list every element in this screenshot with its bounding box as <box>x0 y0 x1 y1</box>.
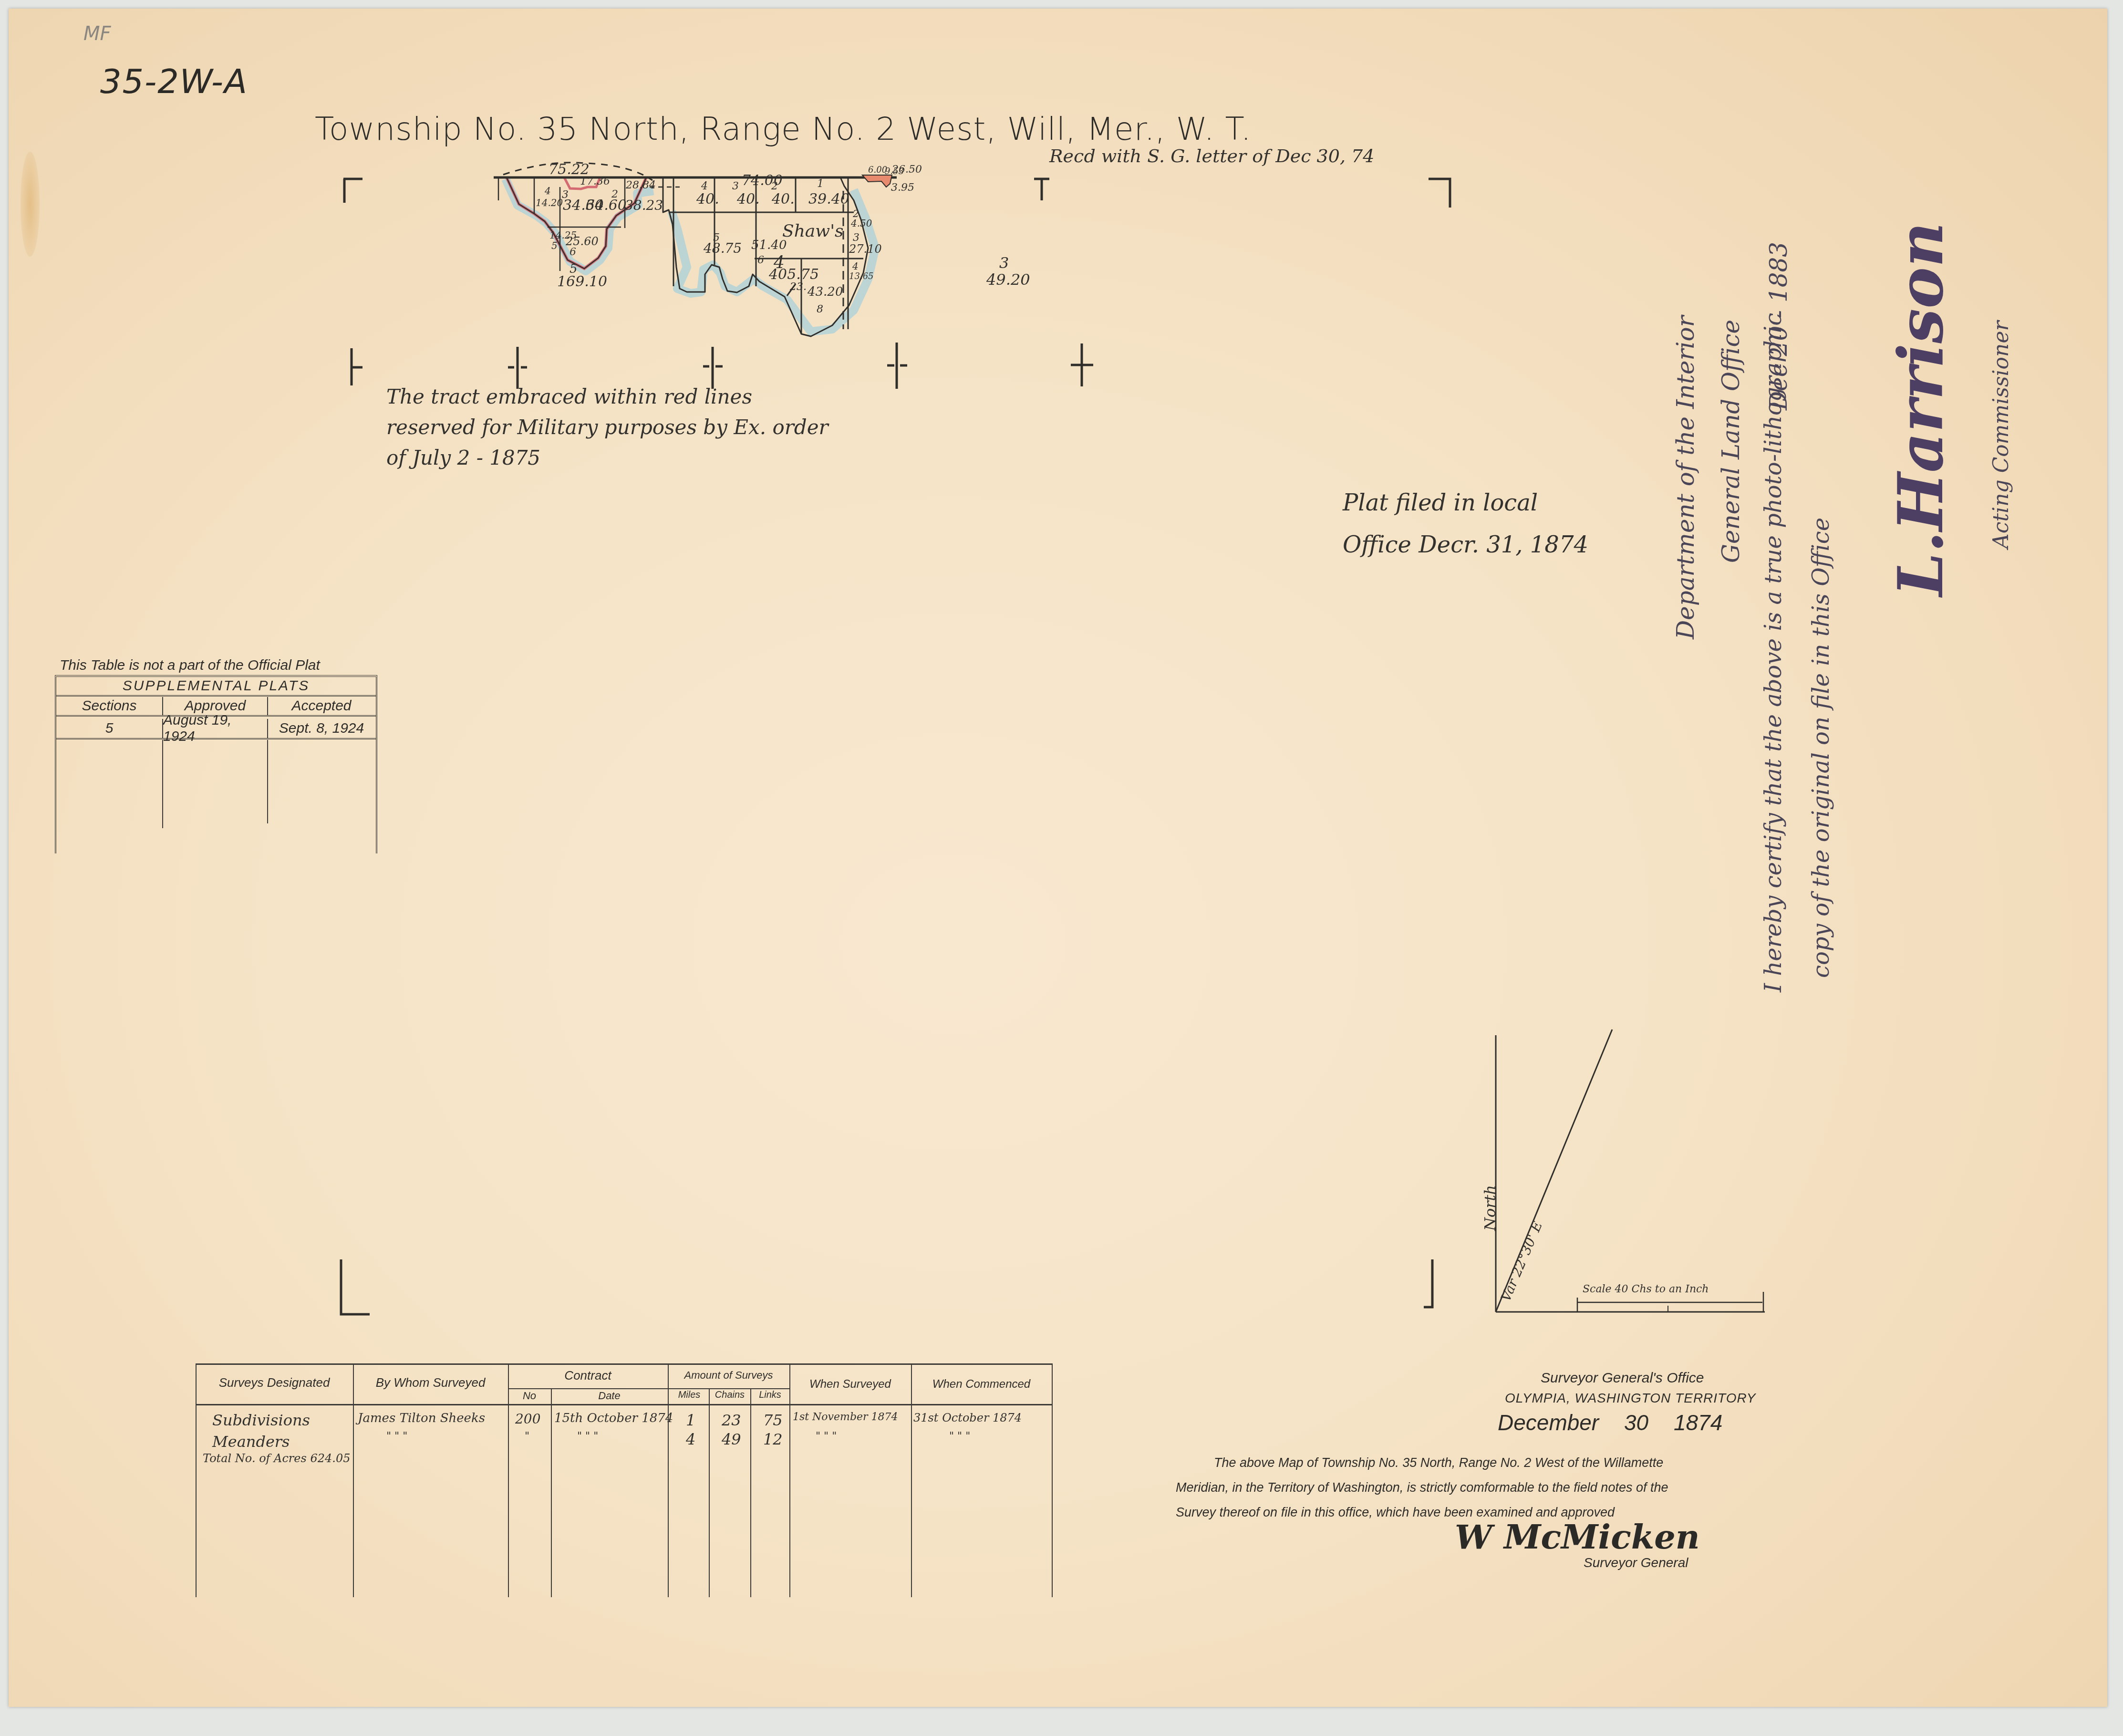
column-divider <box>911 1363 912 1597</box>
surveyor-general-signature: W McMicken <box>1455 1517 1700 1557</box>
pencil-mark: MF <box>83 23 111 45</box>
svg-text:27.10: 27.10 <box>849 242 882 256</box>
office-date: December 30 1874 <box>1498 1410 1722 1435</box>
svg-text:169.10: 169.10 <box>557 273 607 290</box>
military-note-line: of July 2 - 1875 <box>386 443 828 473</box>
table-cell: Sept. 8, 1924 <box>268 719 375 738</box>
svg-text:6: 6 <box>570 246 576 258</box>
office-name: Surveyor General's Office <box>1541 1370 1704 1386</box>
township-corner-marks <box>341 179 1450 1314</box>
table-cell: 31st October 1874 <box>913 1411 1022 1424</box>
column-divider <box>353 1363 354 1597</box>
surveyor-general-title: Surveyor General <box>1584 1555 1688 1570</box>
column-divider <box>750 1388 751 1597</box>
military-note-line: The tract embraced within red lines <box>386 382 828 412</box>
svg-text:4: 4 <box>544 185 551 197</box>
north-label: North <box>1481 1185 1499 1231</box>
svg-text:2: 2 <box>611 188 618 200</box>
column-divider <box>551 1388 552 1597</box>
table-cell: " " " <box>816 1430 837 1442</box>
received-note: Recd with S. G. letter of Dec 30, 74 <box>1049 146 1374 166</box>
column-divider <box>267 740 268 823</box>
column-header: Chains <box>711 1390 749 1401</box>
svg-text:26.50: 26.50 <box>891 164 922 176</box>
column-divider <box>789 1363 790 1597</box>
table-cell: Subdivisions <box>212 1411 310 1429</box>
svg-text:49.20: 49.20 <box>986 270 1030 289</box>
table-cell: " " " <box>386 1430 407 1442</box>
commissioner-title: Acting Commissioner <box>1989 321 2013 549</box>
column-divider <box>1052 1363 1053 1597</box>
table-cell: 12 <box>763 1430 783 1448</box>
ne-reserved-patch <box>862 175 892 187</box>
table-cell: 1 <box>686 1411 695 1429</box>
svg-text:Shaw's: Shaw's <box>782 221 844 241</box>
svg-text:8: 8 <box>817 303 823 315</box>
department-line: Department of the Interior <box>1672 316 1699 640</box>
table-cell: 200 <box>515 1411 540 1427</box>
column-divider <box>196 1363 197 1597</box>
table-title-row: SUPPLEMENTAL PLATS <box>56 677 376 696</box>
table-title: SUPPLEMENTAL PLATS <box>56 677 376 695</box>
commissioner-signature: L.Harrison <box>1884 222 1957 596</box>
svg-text:40.: 40. <box>736 191 760 208</box>
column-header: Amount of Surveys <box>670 1369 787 1382</box>
office-location: OLYMPIA, WASHINGTON TERRITORY <box>1505 1391 1756 1406</box>
date-day: 30 <box>1624 1410 1648 1435</box>
table-cell: 15th October 1874 <box>554 1411 673 1425</box>
svg-text:3: 3 <box>999 254 1009 272</box>
total-acres-note: Total No. of Acres 624.05 <box>203 1452 350 1465</box>
military-reserve-outline <box>507 177 646 271</box>
svg-text:14.20: 14.20 <box>536 197 563 208</box>
column-header: Miles <box>670 1390 708 1401</box>
table-cell: James Tilton Sheeks <box>358 1411 485 1425</box>
scale-label: Scale 40 Chs to an Inch <box>1583 1283 1709 1295</box>
column-header: By Whom Surveyed <box>358 1375 503 1390</box>
table-cell: 49 <box>722 1430 741 1448</box>
svg-text:17.36: 17.36 <box>580 176 610 187</box>
column-header: Contract <box>510 1368 665 1383</box>
supplemental-table-caption: This Table is not a part of the Official… <box>60 657 320 674</box>
table-top-rule <box>196 1363 1052 1365</box>
svg-text:3.95: 3.95 <box>891 182 914 194</box>
certification-line: copy of the original on file in this Off… <box>1808 518 1834 978</box>
table-cell: " " " <box>949 1430 970 1442</box>
column-divider <box>508 1363 509 1597</box>
date-year: 1874 <box>1674 1410 1722 1435</box>
column-header: Sections <box>56 697 163 715</box>
plat-filed-note: Plat filed in local Office Decr. 31, 187… <box>1343 482 1588 566</box>
military-note-line: reserved for Military purposes by Ex. or… <box>386 412 828 443</box>
table-cell: 4 <box>686 1430 695 1448</box>
svg-text:6: 6 <box>757 254 764 266</box>
svg-text:34.60: 34.60 <box>586 197 627 214</box>
column-divider <box>668 1363 669 1597</box>
svg-text:51.40: 51.40 <box>751 238 787 252</box>
military-reservation-note: The tract embraced within red lines rese… <box>386 382 828 473</box>
svg-text:38.23: 38.23 <box>625 198 663 213</box>
svg-text:5: 5 <box>551 240 558 251</box>
column-header: No <box>510 1390 549 1402</box>
svg-text:40.: 40. <box>771 191 795 208</box>
plat-filed-line: Office Decr. 31, 1874 <box>1343 524 1588 566</box>
svg-text:23.: 23. <box>789 281 807 293</box>
plat-filed-line: Plat filed in local <box>1343 482 1588 524</box>
header-bottom-rule <box>196 1404 1052 1405</box>
table-row: 5 August 19, 1924 Sept. 8, 1924 <box>56 719 376 739</box>
page-title: Township No. 35 North, Range No. 2 West,… <box>315 111 1252 147</box>
certification-line: I hereby certify that the above is a tru… <box>1760 313 1787 992</box>
table-cell: " " " <box>577 1430 598 1442</box>
column-divider <box>709 1388 710 1597</box>
column-header: Accepted <box>268 697 375 715</box>
survey-record-table: Surveys Designated By Whom Surveyed Cont… <box>196 1363 1054 1597</box>
certificate-line: Meridian, in the Territory of Washington… <box>1176 1475 1668 1500</box>
table-cell: 5 <box>56 719 163 738</box>
column-divider <box>162 740 163 828</box>
table-cell: " <box>525 1430 529 1442</box>
svg-text:28.84: 28.84 <box>625 179 656 191</box>
table-cell: 23 <box>722 1411 741 1429</box>
table-cell: August 19, 1924 <box>163 719 268 738</box>
svg-text:40.: 40. <box>696 191 719 208</box>
table-cell: Meanders <box>212 1433 290 1451</box>
meridian-diagram <box>1496 1029 1765 1312</box>
svg-text:4: 4 <box>852 260 859 272</box>
certificate-line: The above Map of Township No. 35 North, … <box>1176 1450 1668 1475</box>
svg-text:1: 1 <box>817 178 824 190</box>
svg-text:13.65: 13.65 <box>849 271 874 281</box>
column-header: Links <box>752 1390 788 1401</box>
svg-text:39.40: 39.40 <box>808 191 849 208</box>
table-cell: 1st November 1874 <box>793 1411 898 1423</box>
column-header: Surveys Designated <box>200 1375 348 1390</box>
file-code: 35-2W-A <box>100 62 248 101</box>
land-office-line: General Land Office <box>1717 320 1745 563</box>
svg-text:43.20: 43.20 <box>807 285 843 299</box>
svg-text:4.50: 4.50 <box>850 218 872 229</box>
supplemental-plats-table: SUPPLEMENTAL PLATS Sections Approved Acc… <box>55 675 377 853</box>
svg-text:48.75: 48.75 <box>703 240 742 256</box>
column-header: Date <box>553 1390 665 1402</box>
surveyor-certificate: The above Map of Township No. 35 North, … <box>1176 1450 1668 1525</box>
column-header: When Commenced <box>913 1378 1049 1391</box>
svg-text:405.75: 405.75 <box>768 266 819 283</box>
subheader-rule <box>508 1388 789 1389</box>
date-month: December <box>1498 1410 1599 1435</box>
column-header: When Surveyed <box>792 1378 909 1391</box>
table-cell: 75 <box>763 1411 783 1429</box>
